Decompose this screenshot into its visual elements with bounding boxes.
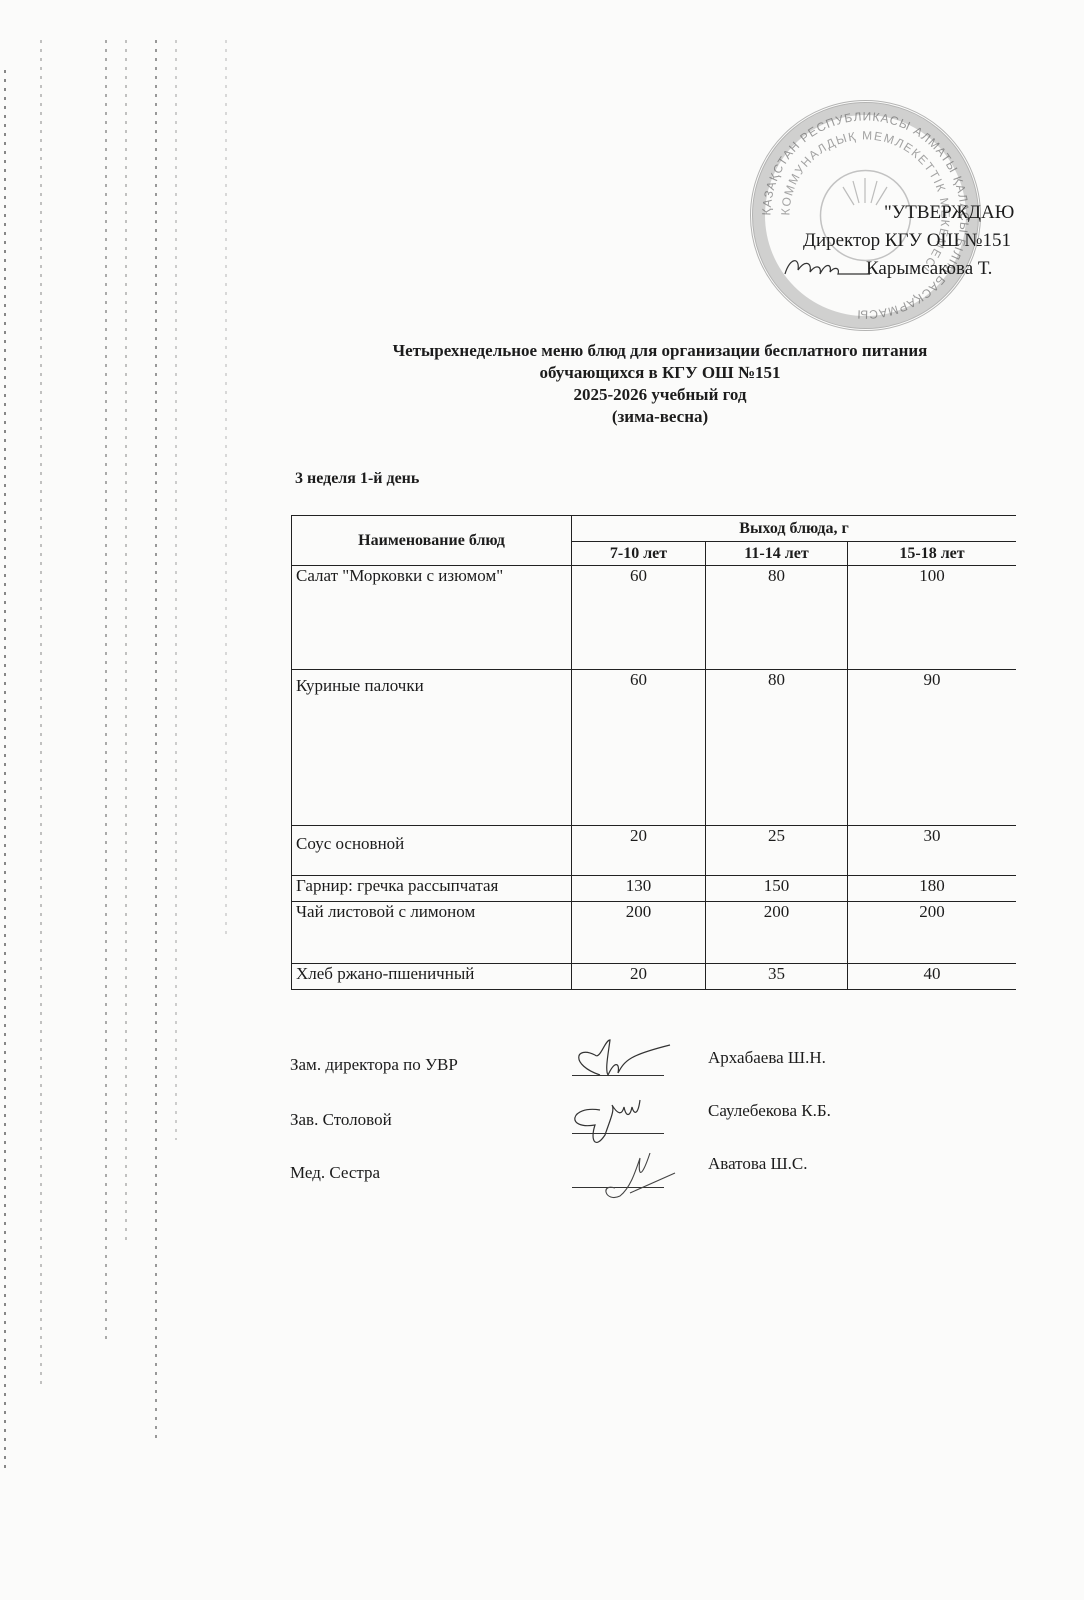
portion-15-18: 100 [848, 566, 1017, 670]
portion-7-10: 200 [572, 902, 706, 964]
dish-name: Гарнир: гречка рассыпчатая [292, 876, 572, 902]
portion-11-14: 80 [706, 566, 848, 670]
header-dish-name: Наименование блюд [292, 516, 572, 566]
header-age-11-14: 11-14 лет [706, 542, 848, 566]
signature-role: Зав. Столовой [290, 1110, 392, 1130]
signature-2-icon [560, 1085, 680, 1155]
dish-name: Салат "Морковки с изюмом" [292, 566, 572, 670]
table-row: Чай листовой с лимоном 200 200 200 [292, 902, 1017, 964]
document-title: Четырехнедельное меню блюд для организац… [330, 340, 990, 428]
week-day-label: 3 неделя 1-й день [295, 470, 419, 488]
title-line-2: обучающихся в КГУ ОШ №151 [330, 362, 990, 384]
portion-7-10: 20 [572, 964, 706, 990]
portion-15-18: 200 [848, 902, 1017, 964]
dish-name: Куриные палочки [292, 670, 572, 826]
portion-11-14: 25 [706, 826, 848, 876]
portion-15-18: 30 [848, 826, 1017, 876]
portion-15-18: 180 [848, 876, 1017, 902]
signature-3-icon [560, 1148, 690, 1208]
portion-7-10: 130 [572, 876, 706, 902]
portion-15-18: 40 [848, 964, 1017, 990]
header-output: Выход блюда, г [572, 516, 1017, 542]
portion-15-18: 90 [848, 670, 1017, 826]
header-age-7-10: 7-10 лет [572, 542, 706, 566]
signatory-name: Архабаева Ш.Н. [708, 1048, 826, 1068]
portion-7-10: 20 [572, 826, 706, 876]
dish-name: Чай листовой с лимоном [292, 902, 572, 964]
signatory-name: Саулебекова К.Б. [708, 1101, 831, 1121]
signature-role: Мед. Сестра [290, 1163, 380, 1183]
header-age-15-18: 15-18 лет [848, 542, 1017, 566]
menu-table: Наименование блюд Выход блюда, г 7-10 ле… [291, 515, 1016, 990]
dish-name: Соус основной [292, 826, 572, 876]
portion-11-14: 35 [706, 964, 848, 990]
approval-name: Карымсакова Т. [866, 256, 992, 282]
approval-position: Директор КГУ ОШ №151 [803, 228, 1011, 254]
portion-7-10: 60 [572, 670, 706, 826]
portion-11-14: 150 [706, 876, 848, 902]
title-line-3: 2025-2026 учебный год [330, 384, 990, 406]
title-line-1: Четырехнедельное меню блюд для организац… [330, 340, 990, 362]
table-row: Хлеб ржано-пшеничный 20 35 40 [292, 964, 1017, 990]
approval-heading: "УТВЕРЖДАЮ [884, 200, 1014, 226]
portion-11-14: 200 [706, 902, 848, 964]
table-row: Гарнир: гречка рассыпчатая 130 150 180 [292, 876, 1017, 902]
portion-11-14: 80 [706, 670, 848, 826]
table-row: Соус основной 20 25 30 [292, 826, 1017, 876]
portion-7-10: 60 [572, 566, 706, 670]
signature-role: Зам. директора по УВР [290, 1055, 458, 1075]
director-signature-icon [780, 252, 875, 282]
table-row: Куриные палочки 60 80 90 [292, 670, 1017, 826]
dish-name: Хлеб ржано-пшеничный [292, 964, 572, 990]
title-line-4: (зима-весна) [330, 406, 990, 428]
signatory-name: Аватова Ш.С. [708, 1154, 807, 1174]
table-row: Салат "Морковки с изюмом" 60 80 100 [292, 566, 1017, 670]
